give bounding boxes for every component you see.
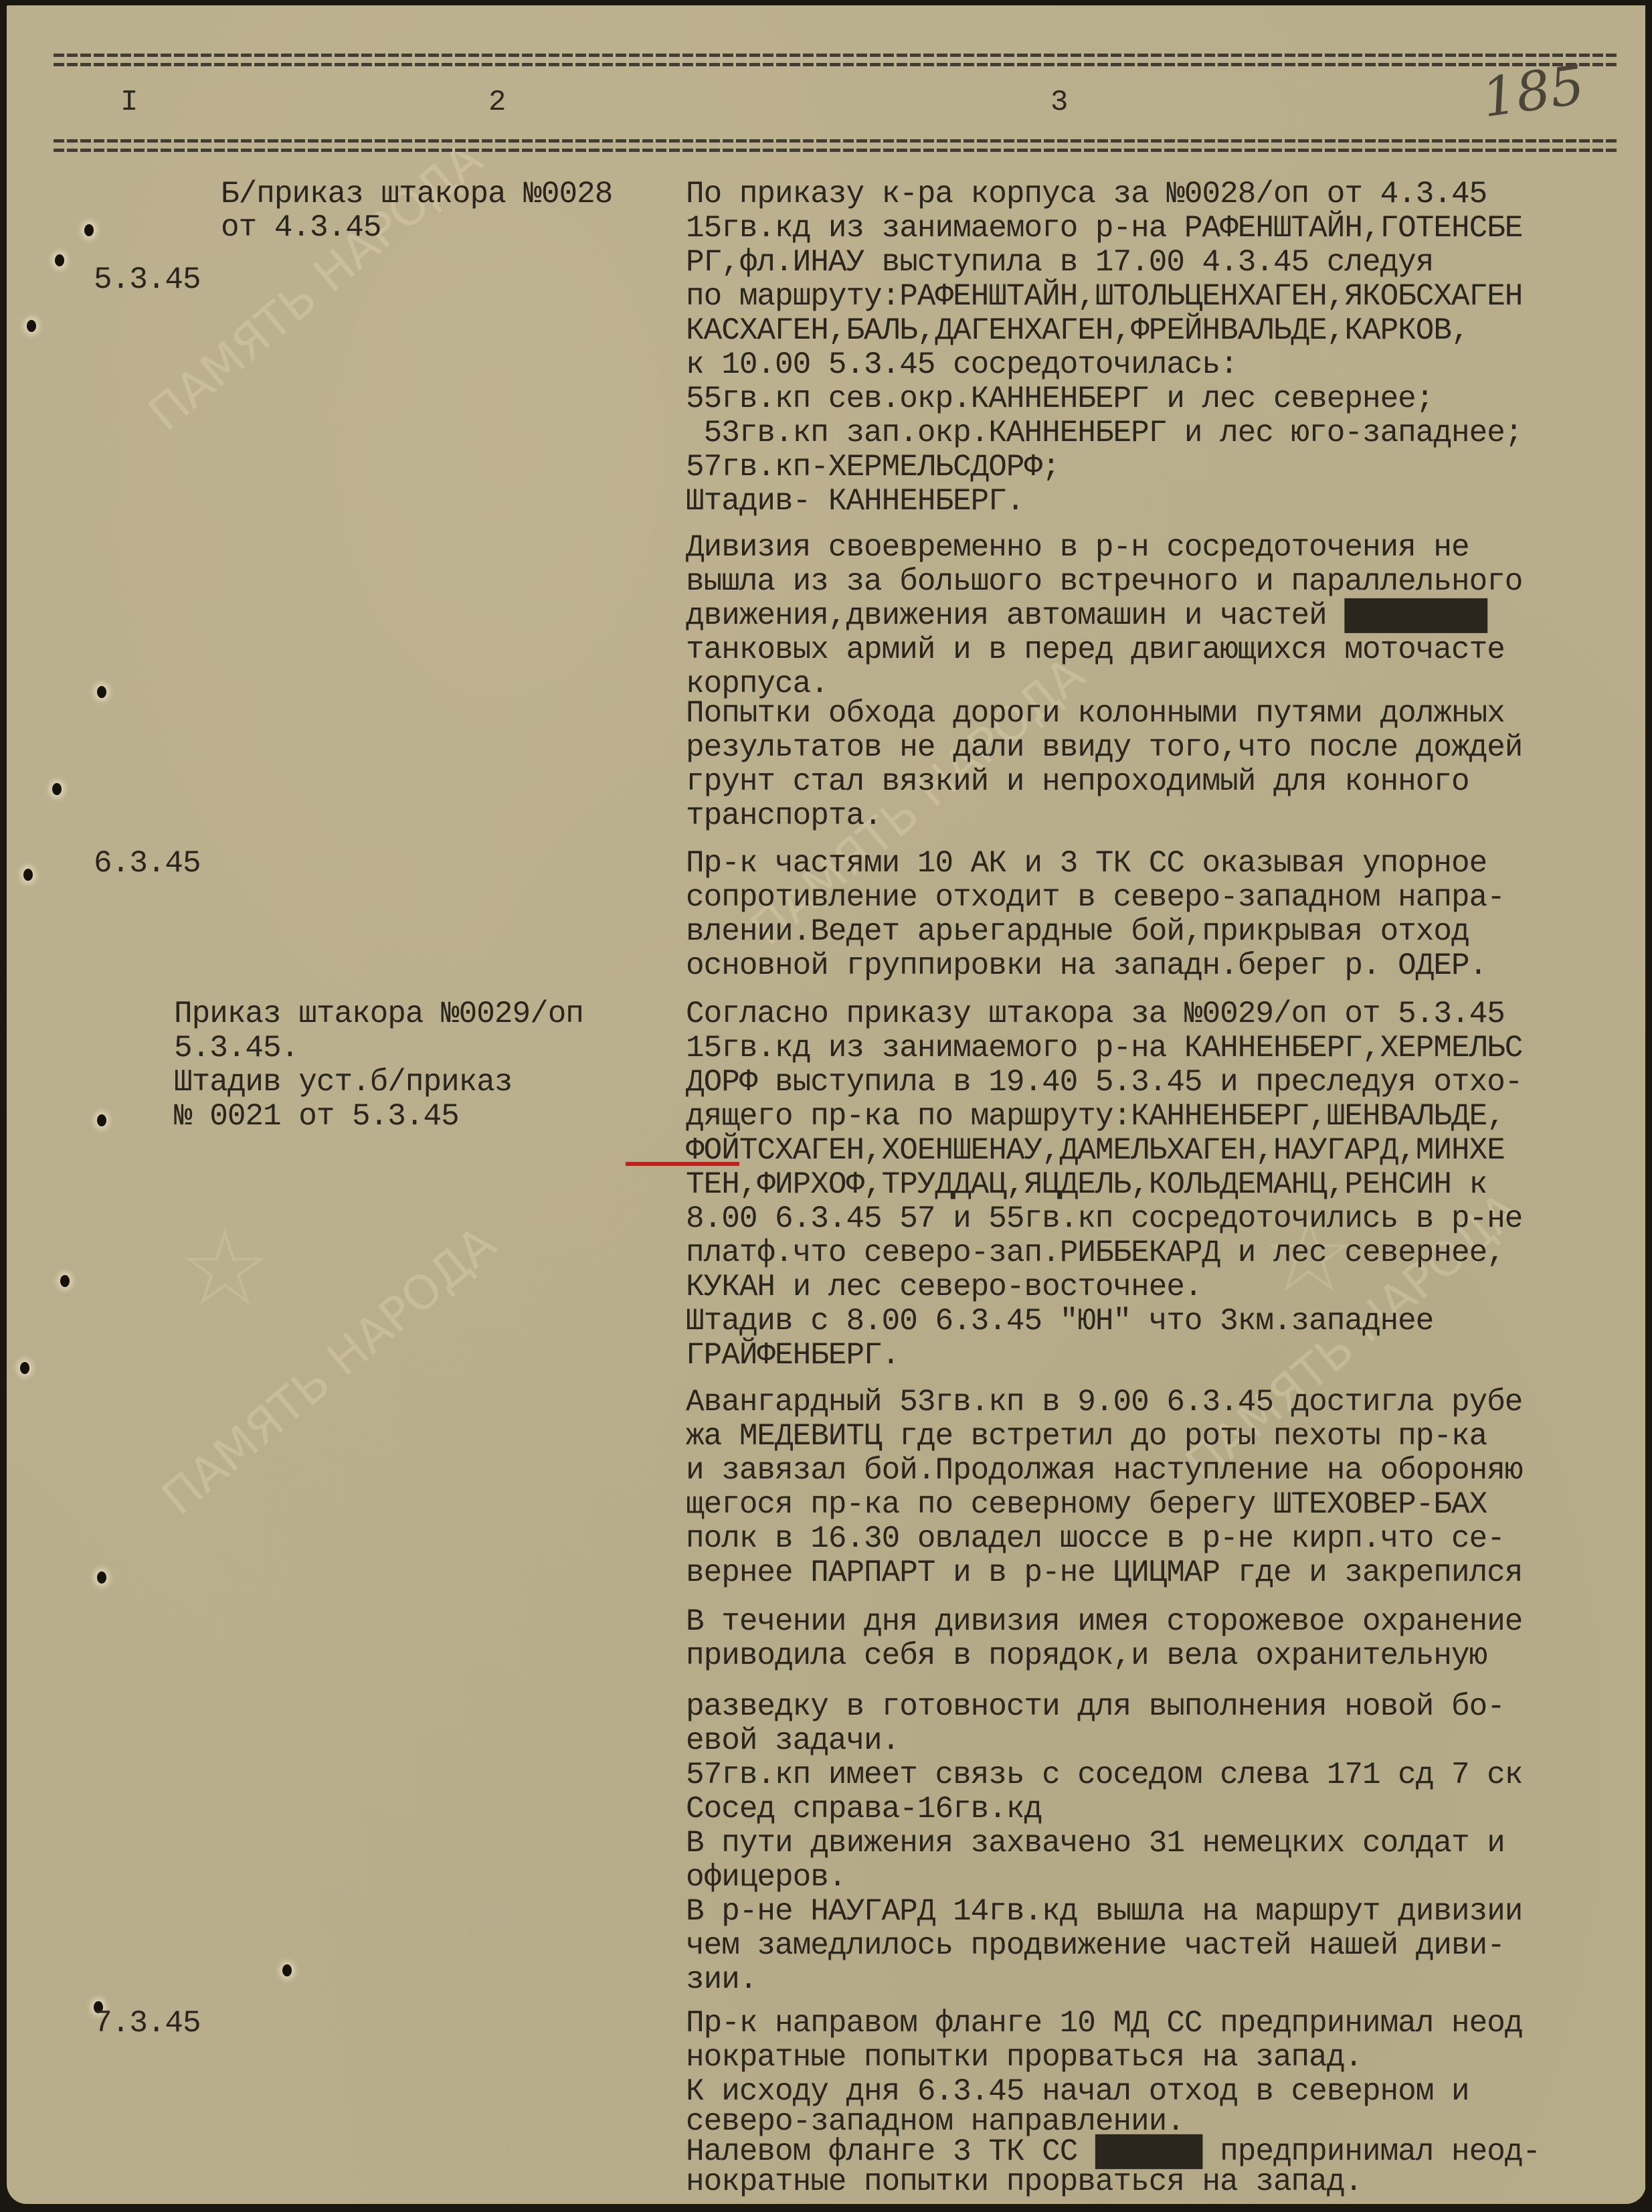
text-line: КАСХАГЕН,БАЛЬ,ДАГЕНХАГЕН,ФРЕЙНВАЛЬДЕ,КАР… xyxy=(686,314,1469,348)
punch-hole xyxy=(60,1275,70,1287)
column-header-2: 2 xyxy=(488,86,506,119)
punch-hole xyxy=(55,254,64,266)
text-line: Штадив с 8.00 6.3.45 "ЮН" что 3км.западн… xyxy=(686,1304,1433,1339)
text-line: дящего пр-ка по маршруту:КАННЕНБЕРГ,ШЕНВ… xyxy=(686,1100,1505,1134)
entry-date: 7.3.45 xyxy=(94,2007,201,2041)
text-line: 57гв.кп-ХЕРМЕЛЬСДОРФ; xyxy=(686,450,1060,485)
text-line: ФОЙТСХАГЕН,ХОЕНШЕНАУ,ДАМЕЛЬХАГЕН,НАУГАРД… xyxy=(686,1134,1505,1168)
text-line: ДОРФ выступила в 19.40 5.3.45 и преследу… xyxy=(686,1066,1522,1100)
entry-date: 6.3.45 xyxy=(94,847,201,881)
text-line: Согласно приказу штакора за №0029/оп от … xyxy=(686,997,1505,1031)
punch-hole xyxy=(23,869,33,881)
text-line: результатов не дали ввиду того,что после… xyxy=(686,731,1522,765)
text-line: приводила себя в порядок,и вела охраните… xyxy=(686,1639,1487,1673)
text-line: 8.00 6.3.45 57 и 55гв.кп сосредоточились… xyxy=(686,1202,1522,1236)
entry-source-line: от 4.3.45 xyxy=(221,211,381,245)
text-line: щегося пр-ка по северному берегу ШТЕХОВЕ… xyxy=(686,1488,1487,1522)
header-rule-top xyxy=(54,54,1619,68)
punch-hole xyxy=(97,1571,106,1584)
text-line: влении.Ведет арьегардные бой,прикрывая о… xyxy=(686,915,1469,949)
text-line: нократные попытки прорваться на запад. xyxy=(686,2041,1362,2075)
punch-hole xyxy=(84,224,94,236)
text-line: полк в 16.30 овладел шоссе в р-не кирп.ч… xyxy=(686,1522,1505,1556)
text-line: грунт стал вязкий и непроходимый для кон… xyxy=(686,765,1469,799)
text-line: вернее ПАРПАРТ и в р-не ЦИЦМАР где и зак… xyxy=(686,1556,1522,1590)
text-line: Попытки обхода дороги колонными путями д… xyxy=(686,697,1505,731)
text-line: нократные попытки прорваться на запад. xyxy=(686,2165,1362,2199)
text-line: Пр-к направом фланге 10 МД СС предприним… xyxy=(686,2007,1522,2041)
text-line: чем замедлилось продвижение частей нашей… xyxy=(686,1929,1505,1963)
red-underline-annotation xyxy=(626,1162,739,1166)
text-line: Дивизия своевременно в р-н сосредоточени… xyxy=(686,531,1469,565)
punch-hole xyxy=(282,1964,292,1976)
text-line: 57гв.кп имеет связь с соседом слева 171 … xyxy=(686,1758,1522,1792)
text-line: жа МЕДЕВИТЦ где встретил до роты пехоты … xyxy=(686,1420,1487,1454)
text-line: зии. xyxy=(686,1963,757,1997)
text-line: По приказу к-ра корпуса за №0028/оп от 4… xyxy=(686,177,1487,211)
text-line: евой задачи. xyxy=(686,1724,899,1758)
column-header-3: 3 xyxy=(1050,86,1068,119)
text-line: В р-не НАУГАРД 14гв.кд вышла на маршрут … xyxy=(686,1895,1522,1929)
text-line: платф.что северо-зап.РИББЕКАРД и лес сев… xyxy=(686,1236,1505,1270)
entry-source-line: Штадив уст.б/приказ xyxy=(174,1066,513,1100)
text-line: 15гв.кд из занимаемого р-на РАФЕНШТАЙН,Г… xyxy=(686,211,1522,246)
text-line: РГ,фл.ИНАУ выступила в 17.00 4.3.45 след… xyxy=(686,246,1433,280)
text-line: 53гв.кп зап.окр.КАННЕНБЕРГ и лес юго-зап… xyxy=(686,416,1522,450)
text-line: 55гв.кп сев.окр.КАННЕНБЕРГ и лес северне… xyxy=(686,382,1433,416)
text-line: движения,движения автомашин и частей ███… xyxy=(686,599,1487,633)
star-watermark-icon: ☆ xyxy=(181,1170,269,1351)
text-line: и завязал бой.Продолжая наступление на о… xyxy=(686,1454,1522,1488)
text-line: сопротивление отходит в северо-западном … xyxy=(686,881,1505,915)
text-line: разведку в готовности для выполнения нов… xyxy=(686,1690,1505,1724)
column-header-1: I xyxy=(120,86,138,119)
punch-hole xyxy=(97,686,106,698)
text-line: транспорта. xyxy=(686,799,882,833)
entry-source-line: Приказ штакора №0029/оп xyxy=(174,997,583,1031)
text-line: В пути движения захвачено 31 немецких со… xyxy=(686,1826,1505,1861)
punch-hole xyxy=(52,783,62,795)
scan-border xyxy=(1645,0,1652,2212)
entry-date: 5.3.45 xyxy=(94,263,201,297)
entry-source-line: № 0021 от 5.3.45 xyxy=(174,1100,459,1134)
text-line: Пр-к частями 10 АК и 3 ТК СС оказывая уп… xyxy=(686,847,1487,881)
punch-hole xyxy=(27,320,36,332)
text-line: вышла из за большого встречного и паралл… xyxy=(686,565,1522,599)
text-line: офицеров. xyxy=(686,1861,846,1895)
text-line: В течении дня дивизия имея сторожевое ох… xyxy=(686,1605,1522,1639)
punch-hole xyxy=(20,1362,29,1374)
header-rule-bottom xyxy=(54,139,1619,154)
text-line: по маршруту:РАФЕНШТАЙН,ШТОЛЬЦЕНХАГЕН,ЯКО… xyxy=(686,280,1522,314)
text-line: Сосед справа-16гв.кд xyxy=(686,1792,1042,1826)
punch-hole xyxy=(97,1114,106,1126)
text-line: Штадив- КАННЕНБЕРГ. xyxy=(686,485,1024,519)
text-line: 15гв.кд из занимаемого р-на КАННЕНБЕРГ,Х… xyxy=(686,1031,1522,1066)
text-line: основной группировки на западн.берег р. … xyxy=(686,949,1487,983)
text-line: ТЕН,ФИРХОФ,ТРУДДАЦ,ЯЦДЕЛЬ,КОЛЬДЕМАНЦ,РЕН… xyxy=(686,1168,1487,1202)
text-line: танковых армий и в перед двигающихся мот… xyxy=(686,633,1505,667)
text-line: к 10.00 5.3.45 сосредоточилась: xyxy=(686,348,1238,382)
text-line: КУКАН и лес северо-восточнее. xyxy=(686,1270,1202,1304)
entry-source-line: 5.3.45. xyxy=(174,1031,298,1066)
text-line: Авангардный 53гв.кп в 9.00 6.3.45 достиг… xyxy=(686,1385,1522,1420)
entry-source-line: Б/приказ штакора №0028 xyxy=(221,177,612,211)
text-line: ГРАЙФЕНБЕРГ. xyxy=(686,1339,899,1373)
